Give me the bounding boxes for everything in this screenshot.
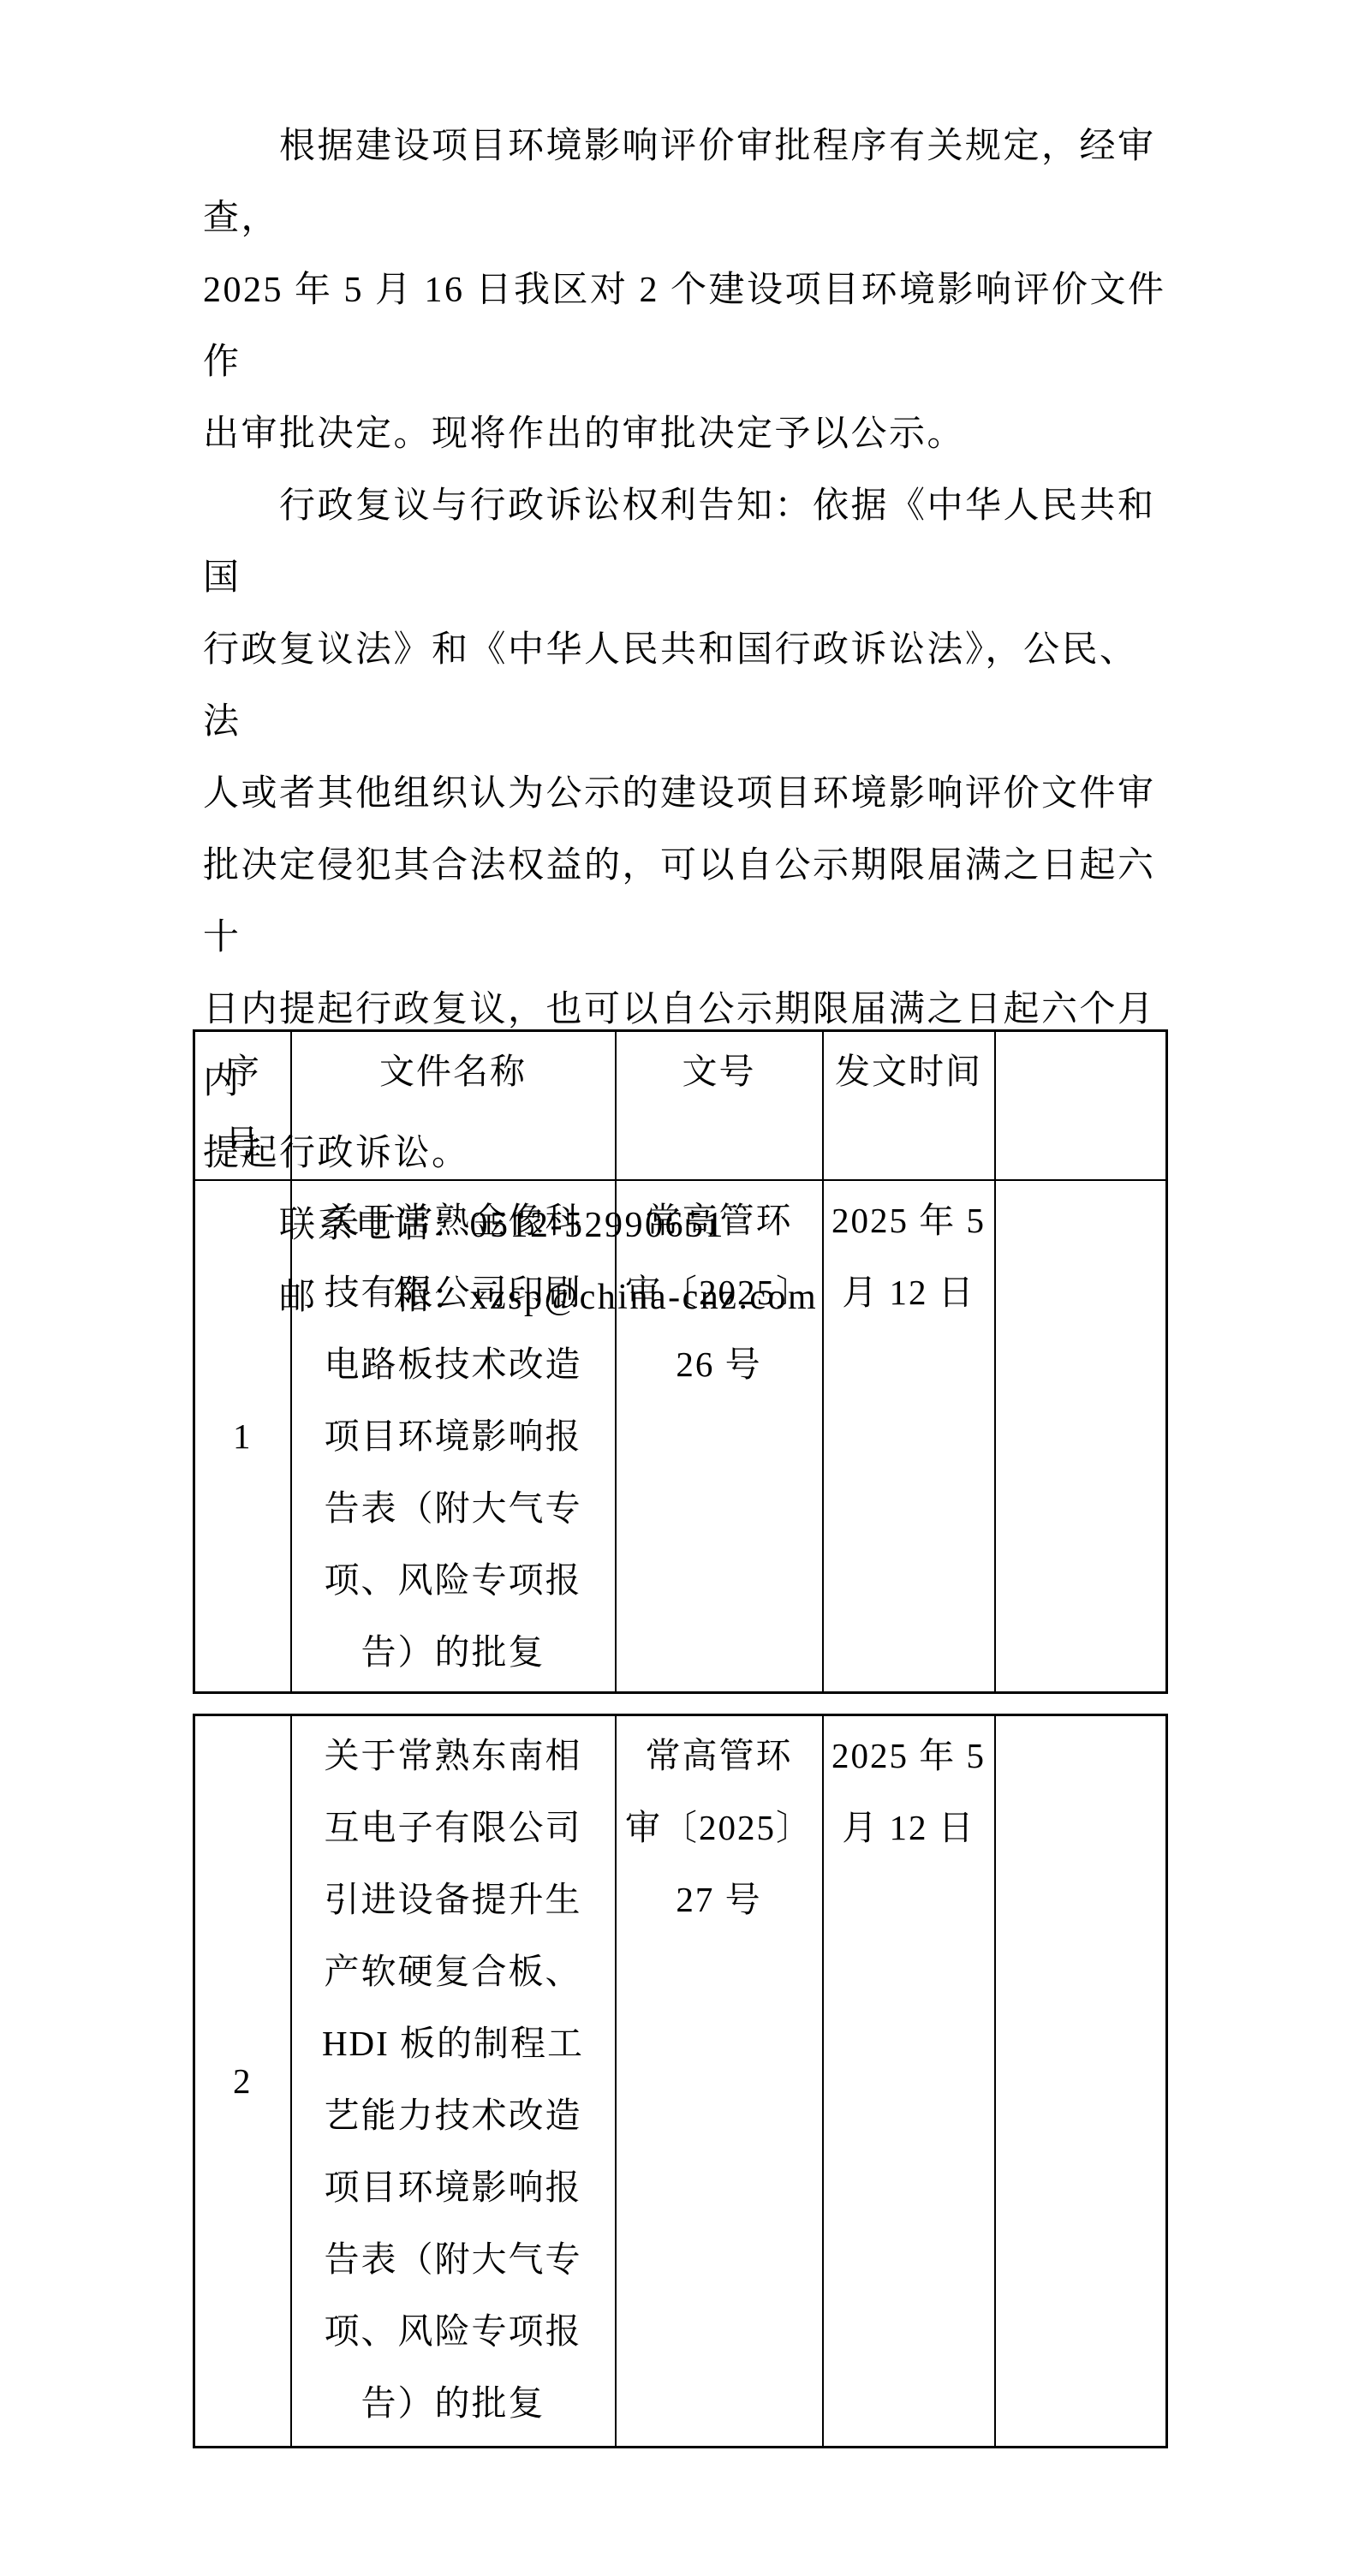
header-extra (995, 1031, 1167, 1181)
approval-table-block-1: 序 号 文件名称 文号 发文时间 1 关于常熟金像科 技有限公司印刷 电路板技术… (193, 1029, 1168, 1694)
approval-table-block-2: 2 关于常熟东南相 互电子有限公司 引进设备提升生 产软硬复合板、 HDI 板的… (193, 1714, 1168, 2448)
row2-seq: 2 (194, 1715, 291, 2448)
table-row: 1 关于常熟金像科 技有限公司印刷 电路板技术改造 项目环境影响报 告表（附大气… (194, 1180, 1167, 1692)
header-file-name: 文件名称 (291, 1031, 616, 1181)
row2-file-name: 关于常熟东南相 互电子有限公司 引进设备提升生 产软硬复合板、 HDI 板的制程… (291, 1715, 616, 2448)
row2-issue-date: 2025 年 5 月 12 日 (823, 1715, 995, 2448)
table-row: 2 关于常熟东南相 互电子有限公司 引进设备提升生 产软硬复合板、 HDI 板的… (194, 1715, 1167, 2448)
row1-extra (995, 1180, 1167, 1692)
table-header-row: 序 号 文件名称 文号 发文时间 (194, 1031, 1167, 1181)
row1-seq: 1 (194, 1180, 291, 1692)
row2-extra (995, 1715, 1167, 2448)
row1-doc-number: 常高管环 审〔2025〕 26 号 (616, 1180, 823, 1692)
row2-doc-number: 常高管环 审〔2025〕 27 号 (616, 1715, 823, 2448)
notice-paragraph-1: 根据建设项目环境影响评价审批程序有关规定，经审查， 2025 年 5 月 16 … (203, 110, 1172, 470)
document-page: 根据建设项目环境影响评价审批程序有关规定，经审查， 2025 年 5 月 16 … (0, 0, 1359, 2576)
row1-file-name: 关于常熟金像科 技有限公司印刷 电路板技术改造 项目环境影响报 告表（附大气专 … (291, 1180, 616, 1692)
header-seq: 序 号 (194, 1031, 291, 1181)
row1-issue-date: 2025 年 5 月 12 日 (823, 1180, 995, 1692)
header-issue-date: 发文时间 (823, 1031, 995, 1181)
header-doc-number: 文号 (616, 1031, 823, 1181)
